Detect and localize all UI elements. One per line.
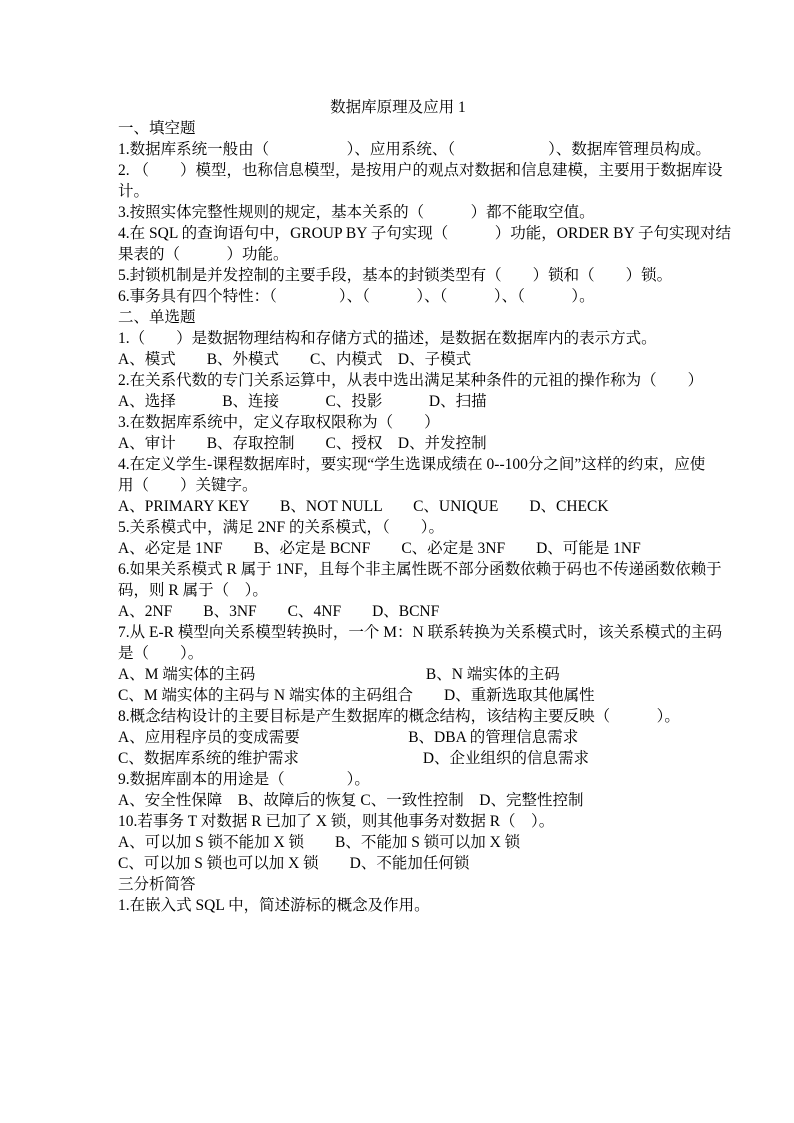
text-line: 6.事务具有四个特性：（ ）、（ ）、（ ）、（ ）。 — [118, 286, 678, 307]
text-line: A、模式 B、外模式 C、内模式 D、子模式 — [118, 349, 678, 370]
text-line: 用（ ）关键字。 — [118, 475, 678, 496]
text-line: A、选择 B、连接 C、投影 D、扫描 — [118, 391, 678, 412]
text-line: A、审计 B、存取控制 C、授权 D、并发控制 — [118, 433, 678, 454]
section-heading: 二、单选题 — [118, 307, 678, 328]
text-line: A、PRIMARY KEY B、NOT NULL C、UNIQUE D、CHEC… — [118, 496, 678, 517]
text-line: A、可以加 S 锁不能加 X 锁 B、不能加 S 锁可以加 X 锁 — [118, 832, 678, 853]
text-line: 3.在数据库系统中，定义存取权限称为（ ） — [118, 412, 678, 433]
text-line: 2. （ ）模型，也称信息模型，是按用户的观点对数据和信息建模，主要用于数据库设 — [118, 160, 678, 181]
text-line: 1.在嵌入式 SQL 中，简述游标的概念及作用。 — [118, 895, 678, 916]
text-line: 10.若事务 T 对数据 R 已加了 X 锁，则其他事务对数据 R（ ）。 — [118, 811, 678, 832]
document-content: 数据库原理及应用 1 一、填空题1.数据库系统一般由（ ）、应用系统、（ ）、数… — [118, 97, 678, 916]
text-line: 7.从 E-R 模型向关系模型转换时，一个 M：N 联系转换为关系模式时，该关系… — [118, 622, 678, 643]
text-line: 果表的（ ）功能。 — [118, 244, 678, 265]
text-line: 2.在关系代数的专门关系运算中，从表中选出满足某种条件的元祖的操作称为（ ） — [118, 370, 678, 391]
text-line: 是（ ）。 — [118, 643, 678, 664]
section-heading: 一、填空题 — [118, 118, 678, 139]
text-line: C、M 端实体的主码与 N 端实体的主码组合 D、重新选取其他属性 — [118, 685, 678, 706]
text-line: 1.（ ）是数据物理结构和存储方式的描述，是数据在数据库内的表示方式。 — [118, 328, 678, 349]
text-line: A、安全性保障 B、故障后的恢复 C、一致性控制 D、完整性控制 — [118, 790, 678, 811]
text-line: A、M 端实体的主码 B、N 端实体的主码 — [118, 664, 678, 685]
text-line: 6.如果关系模式 R 属于 1NF，且每个非主属性既不部分函数依赖于码也不传递函… — [118, 559, 678, 580]
text-line: A、应用程序员的变成需要 B、DBA 的管理信息需求 — [118, 727, 678, 748]
text-line: C、可以加 S 锁也可以加 X 锁 D、不能加任何锁 — [118, 853, 678, 874]
text-line: 4.在定义学生-课程数据库时，要实现“学生选课成绩在 0--100分之间”这样的… — [118, 454, 678, 475]
text-line: 8.概念结构设计的主要目标是产生数据库的概念结构，该结构主要反映（ ）。 — [118, 706, 678, 727]
text-line: 3.按照实体完整性规则的规定，基本关系的（ ）都不能取空值。 — [118, 202, 678, 223]
text-line: C、数据库系统的维护需求 D、企业组织的信息需求 — [118, 748, 678, 769]
text-line: A、2NF B、3NF C、4NF D、BCNF — [118, 601, 678, 622]
text-line: 码，则 R 属于（ ）。 — [118, 580, 678, 601]
document-body: 一、填空题1.数据库系统一般由（ ）、应用系统、（ ）、数据库管理员构成。2. … — [118, 118, 678, 916]
text-line: 计。 — [118, 181, 678, 202]
document-page: 数据库原理及应用 1 一、填空题1.数据库系统一般由（ ）、应用系统、（ ）、数… — [0, 0, 794, 1123]
text-line: 5.封锁机制是并发控制的主要手段，基本的封锁类型有（ ）锁和（ ）锁。 — [118, 265, 678, 286]
text-line: 4.在 SQL 的查询语句中，GROUP BY 子句实现（ ）功能，ORDER … — [118, 223, 678, 244]
section-heading: 三分析简答 — [118, 874, 678, 895]
document-title: 数据库原理及应用 1 — [118, 97, 678, 118]
text-line: A、必定是 1NF B、必定是 BCNF C、必定是 3NF D、可能是 1NF — [118, 538, 678, 559]
text-line: 5.关系模式中，满足 2NF 的关系模式，（ ）。 — [118, 517, 678, 538]
text-line: 9.数据库副本的用途是（ ）。 — [118, 769, 678, 790]
text-line: 1.数据库系统一般由（ ）、应用系统、（ ）、数据库管理员构成。 — [118, 139, 678, 160]
